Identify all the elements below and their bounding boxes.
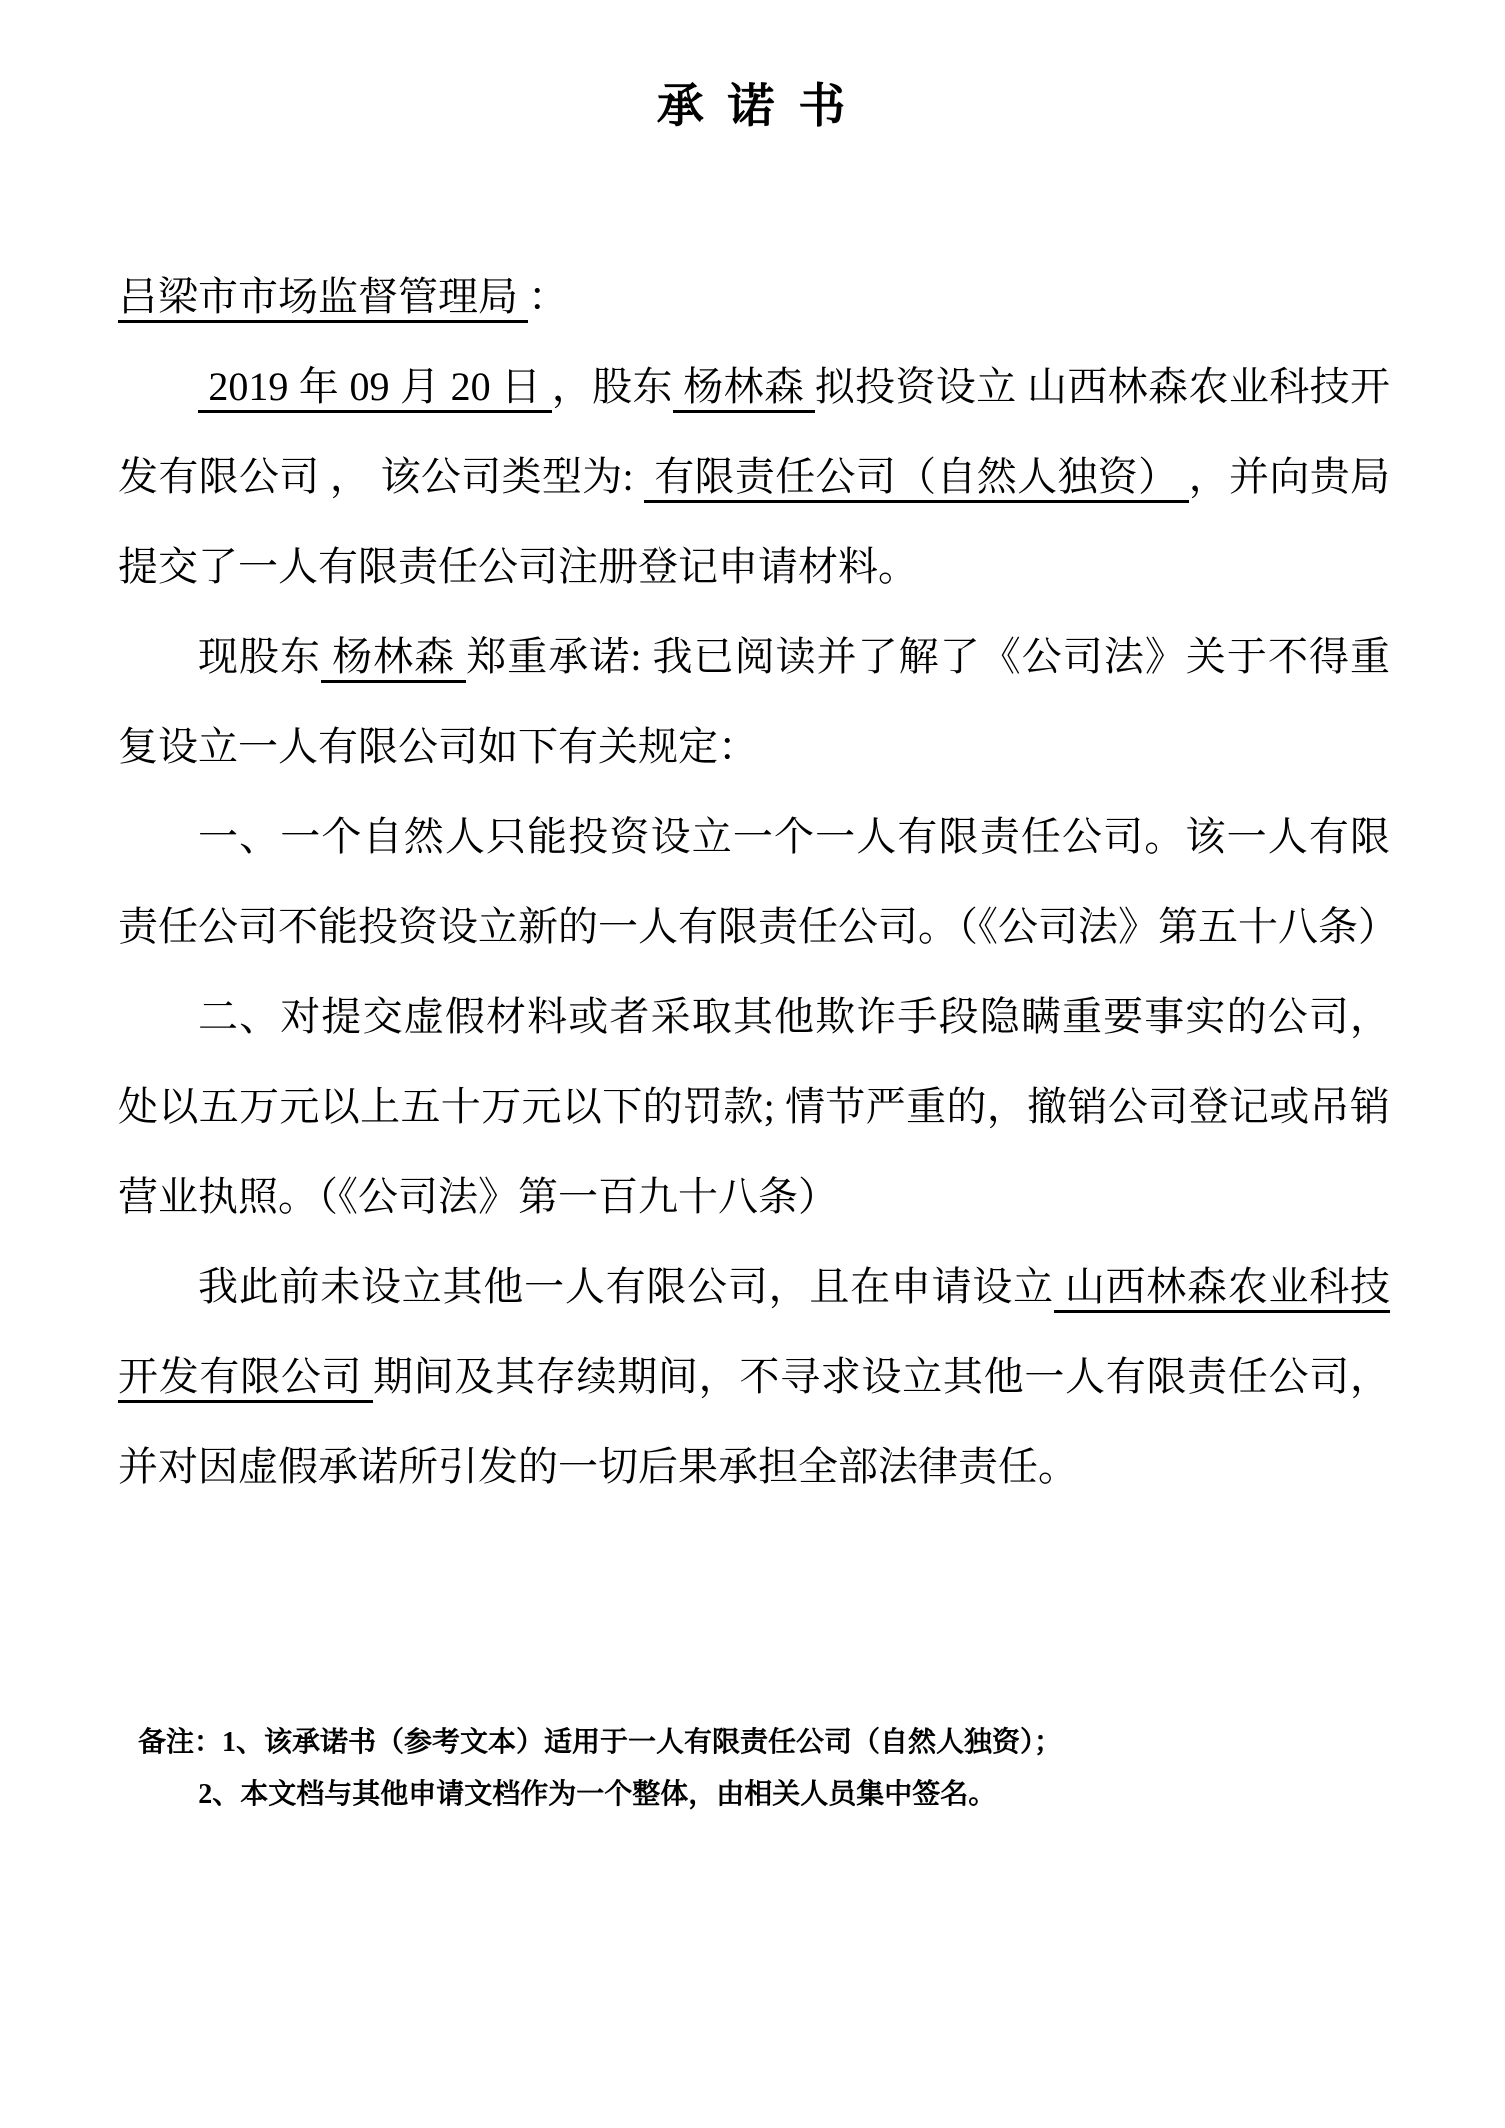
paragraph-text: 现股东: [198, 634, 321, 679]
shareholder-name: 杨林森: [673, 364, 815, 413]
page-title: 承 诺 书: [118, 62, 1390, 152]
document-page: 承 诺 书 吕梁市市场监督管理局 ： 2019 年 09 月 20 日 ，股东 …: [0, 0, 1505, 2128]
document-body: 吕梁市市场监督管理局 ： 2019 年 09 月 20 日 ，股东 杨林森 拟投…: [118, 252, 1390, 1512]
salutation: 吕梁市市场监督管理局 ：: [118, 252, 1390, 342]
paragraph-text: 一、一个自然人只能投资设立一个一人有限责任公司。该一人有限责任公司不能投资设立新…: [118, 814, 1398, 949]
shareholder-name: 杨林森: [321, 634, 466, 683]
paragraph-rule-2: 二、对提交虚假材料或者采取其他欺诈手段隐瞒重要事实的公司，处以五万元以上五十万元…: [118, 972, 1390, 1242]
recipient-name: 吕梁市市场监督管理局: [118, 274, 528, 323]
company-type: 有限责任公司（自然人独资）: [644, 454, 1189, 503]
paragraph-declaration: 我此前未设立其他一人有限公司，且在申请设立 山西林森农业科技开发有限公司 期间及…: [118, 1242, 1390, 1512]
paragraph-commitment-intro: 现股东 杨林森 郑重承诺: 我已阅读并了解了《公司法》关于不得重复设立一人有限公…: [118, 612, 1390, 792]
application-date: 2019 年 09 月 20 日: [198, 364, 552, 413]
paragraph-text: ，股东: [552, 364, 673, 409]
salutation-colon: ：: [528, 274, 568, 319]
footer-notes: 备注：1、该承诺书（参考文本）适用于一人有限责任公司（自然人独资）； 2、本文档…: [138, 1717, 1390, 1821]
paragraph-text: 二、对提交虚假材料或者采取其他欺诈手段隐瞒重要事实的公司，处以五万元以上五十万元…: [118, 994, 1390, 1219]
paragraph-rule-1: 一、一个自然人只能投资设立一个一人有限责任公司。该一人有限责任公司不能投资设立新…: [118, 792, 1390, 972]
paragraph-text: 我此前未设立其他一人有限公司，且在申请设立: [198, 1264, 1054, 1309]
note-2: 2、本文档与其他申请文档作为一个整体，由相关人员集中签名。: [138, 1769, 1390, 1821]
paragraph-application: 2019 年 09 月 20 日 ，股东 杨林森 拟投资设立 山西林森农业科技开…: [118, 342, 1390, 612]
note-1: 备注：1、该承诺书（参考文本）适用于一人有限责任公司（自然人独资）；: [138, 1717, 1390, 1769]
